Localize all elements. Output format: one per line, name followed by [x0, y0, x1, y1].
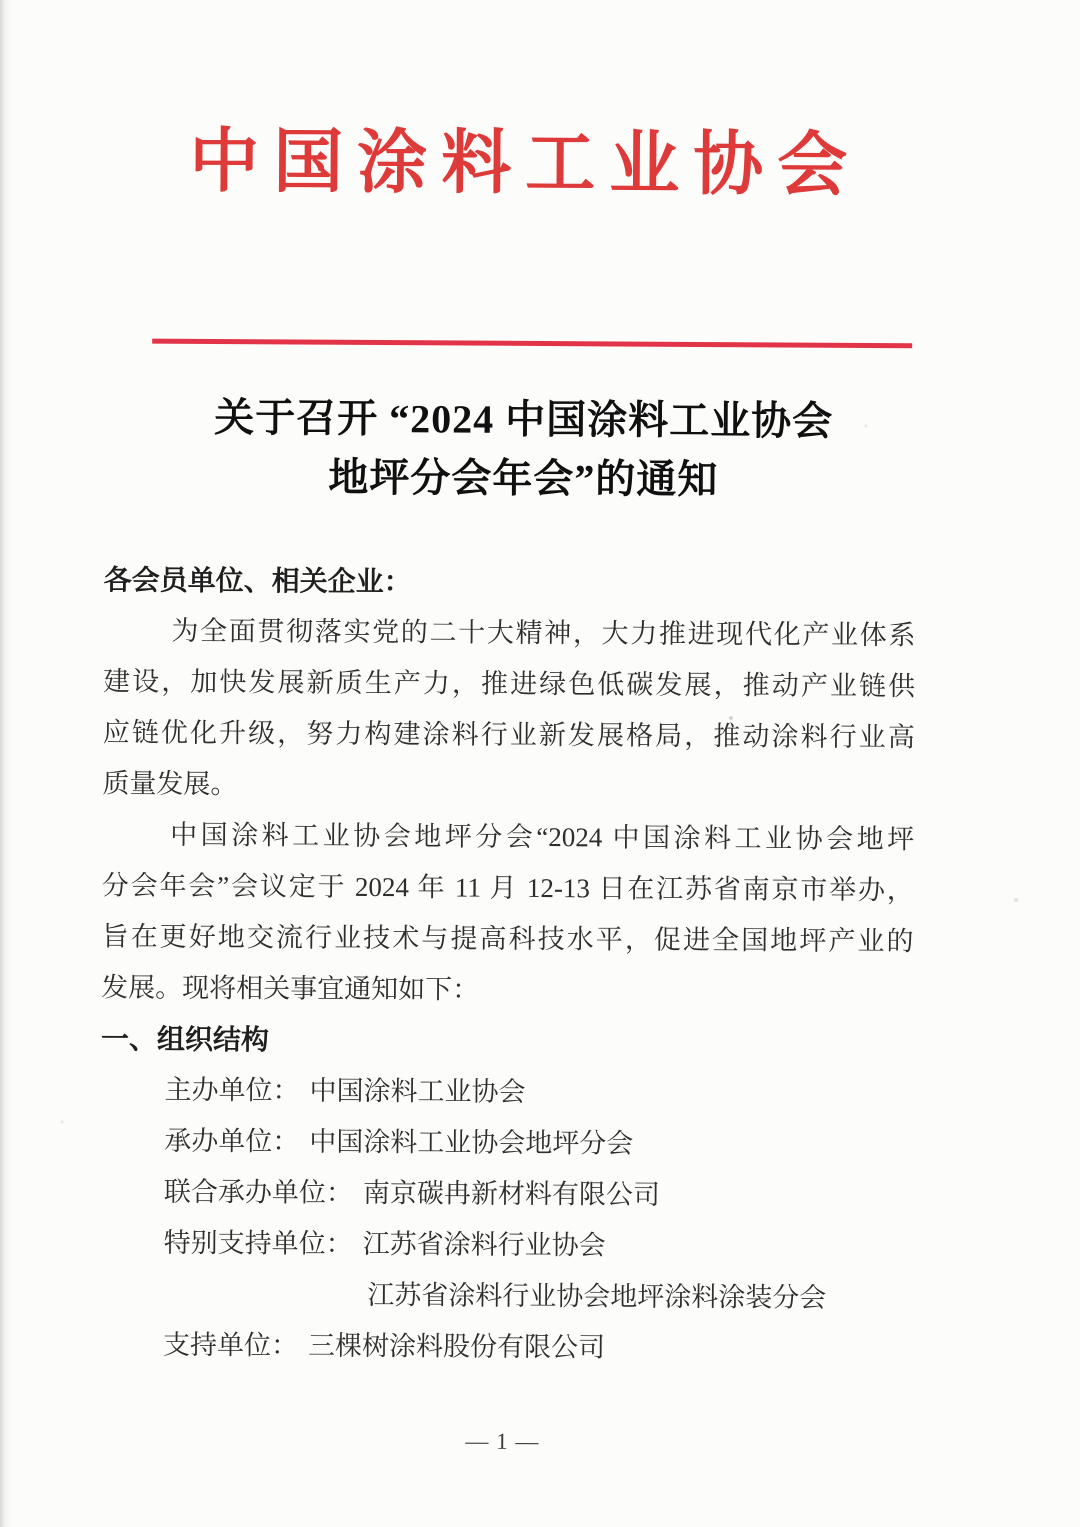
paragraph-1-line-4: 质量发展。: [102, 758, 914, 814]
paragraph-2-line-2: 分会年会”会议定于 2024 年 11 月 12-13 日在江苏省南京市举办，: [102, 860, 914, 916]
org-item-value: 中国涂料工业协会: [310, 1076, 526, 1107]
org-item-label: 主办单位：: [165, 1075, 300, 1106]
org-item-organizer: 承办单位：中国涂料工业协会地坪分会: [100, 1115, 912, 1171]
org-item-label: 承办单位：: [164, 1126, 299, 1157]
document-page: 中国涂料工业协会 关于召开 “2024 中国涂料工业协会 地坪分会年会”的通知 …: [0, 0, 1080, 1527]
org-item-host: 主办单位：中国涂料工业协会: [100, 1064, 912, 1120]
notice-title: 关于召开 “2024 中国涂料工业协会 地坪分会年会”的通知: [1, 387, 1046, 511]
section-1-heading: 一、组织结构: [101, 1013, 913, 1069]
org-item-value: 南京碳冉新材料有限公司: [363, 1178, 660, 1210]
org-item-value: 三棵树涂料股份有限公司: [308, 1331, 605, 1363]
paragraph-2-line-1: 中国涂料工业协会地坪分会“2024 中国涂料工业协会地坪: [102, 809, 914, 865]
page-number: — 1 —: [0, 1426, 1010, 1458]
org-item-value: 中国涂料工业协会地坪分会: [309, 1127, 633, 1159]
org-item-special-support-cont: 江苏省涂料行业协会地坪涂料涂装分会: [99, 1268, 911, 1324]
red-rule: [152, 339, 912, 349]
notice-title-line-1: 关于召开 “2024 中国涂料工业协会: [2, 387, 1046, 452]
org-name: 中国涂料工业协会: [3, 127, 1047, 203]
org-item-support: 支持单位：三棵树涂料股份有限公司: [99, 1319, 911, 1375]
paragraph-1-line-3: 应链优化升级，努力构建涂料行业新发展格局，推动涂料行业高: [103, 707, 915, 763]
org-item-special-support: 特别支持单位：江苏省涂料行业协会: [100, 1217, 912, 1273]
org-item-label: 特别支持单位：: [164, 1228, 353, 1259]
org-item-co-organizer: 联合承办单位：南京碳冉新材料有限公司: [100, 1166, 912, 1222]
notice-title-line-2: 地坪分会年会”的通知: [1, 446, 1045, 511]
org-item-label: 联合承办单位：: [164, 1177, 353, 1208]
document-content: 中国涂料工业协会 关于召开 “2024 中国涂料工业协会 地坪分会年会”的通知 …: [0, 0, 1080, 1527]
org-item-label: 支持单位：: [163, 1330, 298, 1361]
scan-edge-shadow: [0, 0, 12, 1527]
notice-body: 各会员单位、相关企业： 为全面贯彻落实党的二十大精神，大力推进现代化产业体系 建…: [99, 554, 916, 1375]
paragraph-2-line-4: 发展。现将相关事宜通知如下：: [101, 962, 913, 1018]
salutation: 各会员单位、相关企业：: [104, 554, 916, 610]
paragraph-2-line-3: 旨在更好地交流行业技术与提高科技水平，促进全国地坪产业的: [101, 911, 913, 967]
org-item-value: 江苏省涂料行业协会: [363, 1229, 606, 1260]
org-item-value: 江苏省涂料行业协会地坪涂料涂装分会: [367, 1280, 826, 1313]
paragraph-1-line-2: 建设，加快发展新质生产力，推进绿色低碳发展，推动产业链供: [103, 656, 915, 712]
paragraph-1-line-1: 为全面贯彻落实党的二十大精神，大力推进现代化产业体系: [103, 605, 915, 661]
